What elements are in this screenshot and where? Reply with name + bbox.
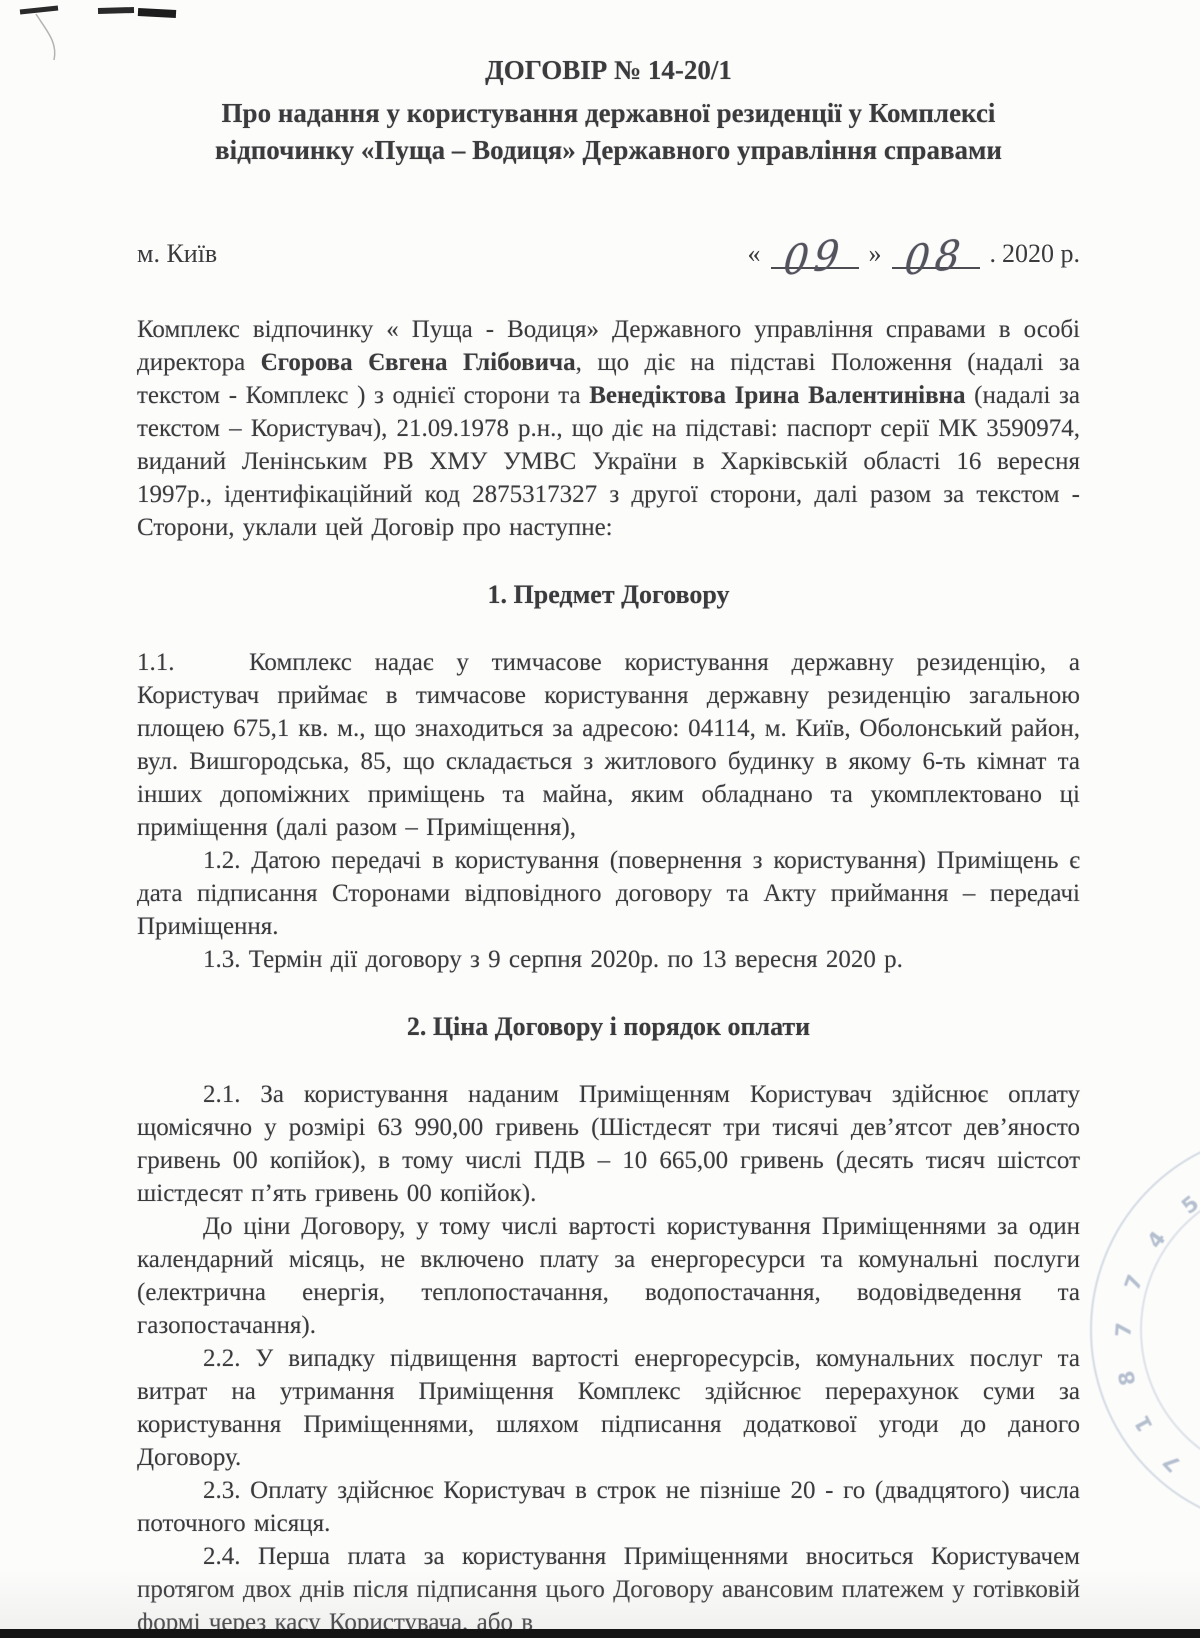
- user-name: Венедіктова Ірина Валентинівна: [589, 382, 965, 409]
- date-close-quote: »: [869, 239, 882, 269]
- clause-1-1-number: 1.1.: [137, 646, 249, 679]
- document-title-block: ДОГОВІР № 14-20/1 Про надання у користув…: [137, 52, 1080, 169]
- clause-2-1: 2.1. За користування наданим Приміщенням…: [137, 1078, 1080, 1210]
- seal-digit: 7: [1158, 1449, 1185, 1476]
- handwritten-month-slot: 08: [892, 242, 980, 269]
- preamble-paragraph: Комплекс відпочинку « Пуща - Водиця» Дер…: [137, 313, 1080, 544]
- place-date-row: м. Київ « 09 » 08 . 2020 р.: [137, 239, 1080, 269]
- section1-heading: 1. Предмет Договору: [137, 580, 1080, 610]
- clause-1-1: 1.1.Комплекс надає у тимчасове користува…: [137, 646, 1080, 844]
- scanned-contract-page: ДОГОВІР № 14-20/1 Про надання у користув…: [0, 0, 1200, 1638]
- seal-inner-ring: [1140, 1180, 1200, 1480]
- document-subtitle-line2: відпочинку «Пуща – Водиця» Державного уп…: [137, 132, 1080, 169]
- clause-1-2: 1.2. Датою передачі в користування (пове…: [137, 844, 1080, 943]
- clause-2-3: 2.3. Оплату здійснює Користувач в строк …: [137, 1474, 1080, 1540]
- seal-digit: 7: [1111, 1322, 1136, 1338]
- seal-digit: 8: [1114, 1369, 1141, 1388]
- document-subtitle-line1: Про надання у користування державної рез…: [137, 95, 1080, 132]
- handwritten-day-slot: 09: [771, 242, 859, 269]
- scan-bottom-shading: [0, 1569, 1200, 1629]
- director-name: Єгорова Євгена Глібовича: [261, 349, 576, 376]
- handwritten-month: 08: [904, 244, 966, 272]
- date-line: « 09 » 08 . 2020 р.: [748, 239, 1081, 269]
- seal-digit: 7: [1120, 1272, 1148, 1294]
- seal-digit: 5: [1177, 1191, 1200, 1219]
- section2-heading: 2. Ціна Договору і порядок оплати: [137, 1012, 1080, 1042]
- clause-1-3: 1.3. Термін дії договору з 9 серпня 2020…: [137, 943, 1080, 976]
- handwritten-day: 09: [783, 244, 845, 272]
- city-label: м. Київ: [137, 239, 217, 269]
- scanner-edge-bar: [0, 1629, 1200, 1638]
- date-year: 2020 р.: [1002, 239, 1080, 269]
- document-number-title: ДОГОВІР № 14-20/1: [137, 52, 1080, 89]
- clause-2-1-continued: До ціни Договору, у тому числі вартості …: [137, 1210, 1080, 1342]
- date-separator: .: [990, 239, 997, 269]
- document-content: ДОГОВІР № 14-20/1 Про надання у користув…: [0, 0, 1200, 1638]
- seal-digit: 1: [1130, 1412, 1158, 1436]
- date-open-quote: «: [748, 239, 761, 269]
- clause-2-2: 2.2. У випадку підвищення вартості енерг…: [137, 1342, 1080, 1474]
- clause-1-1-text: Комплекс надає у тимчасове користування …: [137, 649, 1080, 841]
